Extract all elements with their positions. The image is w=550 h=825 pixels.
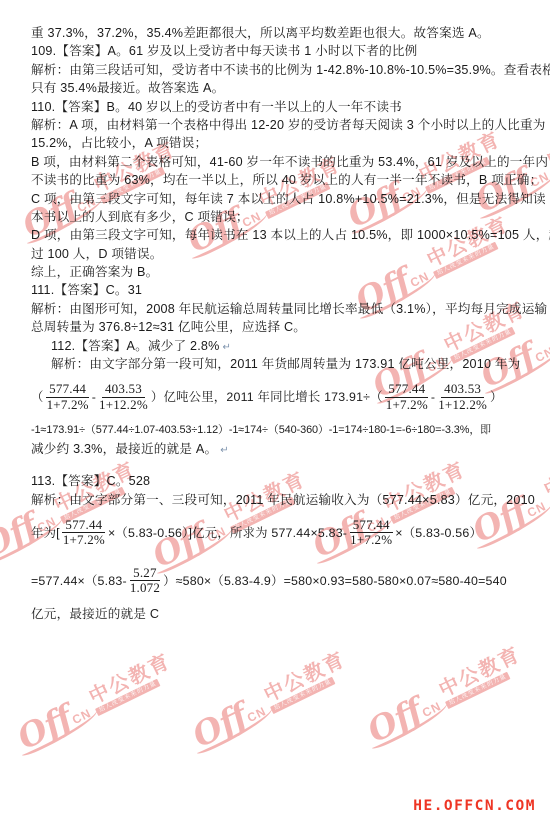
formula-line: =577.44×（5.83-5.271.072）≈580×（5.83-4.9）=… — [31, 557, 523, 605]
fraction: 577.441+7.2% — [349, 518, 393, 549]
text-line: 解析：由图形可知，2008 年民航运输总周转量同比增长率最低（3.1%），平均每… — [31, 300, 523, 318]
formula-text: 年为[ — [31, 524, 60, 542]
paragraph-return-mark: ↵ — [223, 342, 232, 353]
text-line: 不读书的比重为 63%，均在一半以上，所以 40 岁以上的人有一半一年不读书，B… — [31, 171, 523, 189]
text-line: 解析：由文字部分第一段可知，2011 年货邮周转量为 173.91 亿吨公里，2… — [31, 355, 523, 373]
offcn-watermark-brand: 中公教育给人改变未来的力量 — [261, 649, 353, 714]
text-line: -1≈173.91÷（577.44÷1.07-403.53÷1.12）-1≈17… — [31, 421, 523, 439]
fraction: 403.531+12.2% — [437, 382, 488, 413]
text-line: 15.2%，占比较小，A 项错误； — [31, 134, 523, 152]
text-line: 过 100 人，D 项错误。 — [31, 245, 523, 263]
formula-line: 年为[577.441+7.2%×（5.83-0.56）]亿元，所求为 577.4… — [31, 509, 523, 557]
offcn-watermark-brand: 中公教育给人改变未来的力量 — [541, 444, 550, 509]
text-line: 综上，正确答案为 B。 — [31, 263, 523, 281]
fraction: 577.441+7.2% — [385, 382, 429, 413]
offcn-watermark-cjk-text: 中公教育 — [261, 649, 349, 706]
offcn-watermark-off-text: Off — [15, 705, 76, 752]
text-line: 只有 35.4%最接近。故答案选 A。 — [31, 79, 523, 97]
offcn-watermark-cn-text: CN — [533, 344, 550, 365]
text-line: 亿元，最接近的就是 C — [31, 605, 523, 623]
formula-text: ×（5.83-0.56）]亿元，所求为 577.44×5.83- — [108, 524, 347, 542]
formula-text: - — [92, 388, 96, 406]
offcn-logo-watermark: OffCN中公教育给人改变未来的力量 — [177, 624, 358, 749]
offcn-watermark-cn-text: CN — [70, 706, 94, 727]
fraction: 403.531+12.2% — [98, 382, 149, 413]
offcn-watermark-brand: 中公教育给人改变未来的力量 — [86, 651, 178, 716]
offcn-watermark-cjk-text: 中公教育 — [86, 651, 174, 708]
fraction: 577.441+7.2% — [46, 382, 90, 413]
offcn-watermark-cjk-text: 中公教育 — [541, 444, 550, 501]
text-line: 112.【答案】A。减少了 2.8%↵ — [31, 337, 523, 355]
offcn-watermark-brand: 中公教育给人改变未来的力量 — [436, 644, 528, 709]
offcn-watermark-slogan: 给人改变未来的力量 — [445, 672, 511, 709]
text-line: 重 37.3%，37.2%，35.4%差距都很大，所以离平均数差距也很大。故答案… — [31, 24, 523, 42]
offcn-logo-watermark: OffCN中公教育给人改变未来的力量 — [352, 619, 533, 744]
offcn-watermark-off-text: Off — [365, 698, 426, 745]
offcn-watermark-slogan: 给人改变未来的力量 — [270, 677, 336, 714]
text-line: 113.【答案】C。528 — [31, 472, 523, 490]
fraction: 5.271.072 — [129, 566, 161, 597]
text-line: 解析：由文字部分第一、三段可知，2011 年民航运输收入为（577.44×5.8… — [31, 491, 523, 509]
paragraph-gap — [31, 458, 523, 472]
text-line: 解析：A 项，由材料第一个表格中得出 12-20 岁的受访者每天阅读 3 个小时… — [31, 116, 523, 134]
text-line: 109.【答案】A。61 岁及以上受访者中每天读书 1 小时以下者的比例 — [31, 42, 523, 60]
answer-explanations: 重 37.3%，37.2%，35.4%差距都很大，所以离平均数差距也很大。故答案… — [31, 24, 523, 623]
formula-text: ×（5.83-0.56） — [395, 524, 482, 542]
text-line: 总周转量为 376.8÷12≈31 亿吨公里，应选择 C。 — [31, 318, 523, 336]
offcn-site-url: HE.OFFCN.COM — [413, 798, 536, 814]
formula-text: - — [431, 388, 435, 406]
offcn-watermark-slogan: 给人改变未来的力量 — [95, 679, 161, 716]
text-line: 减少约 3.3%，最接近的就是 A。↵ — [31, 440, 523, 458]
text-line: 本书以上的人到底有多少，C 项错误； — [31, 208, 523, 226]
offcn-watermark-cn-text: CN — [245, 704, 269, 725]
formula-text: =577.44×（5.83- — [31, 572, 127, 590]
offcn-logo-watermark: OffCN中公教育给人改变未来的力量 — [2, 626, 183, 751]
formula-line: （577.441+7.2%-403.531+12.2%）亿吨公里，2011 年同… — [31, 373, 523, 421]
formula-text: ） — [490, 388, 503, 406]
fraction: 577.441+7.2% — [62, 518, 106, 549]
text-line: D 项，由第三段文字可知，每年读书在 13 本以上的人占 10.5%，即 100… — [31, 226, 523, 244]
formula-text: ）≈580×（5.83-4.9）=580×0.93=580-580×0.07≈5… — [163, 572, 507, 590]
paragraph-return-mark: ↵ — [220, 445, 229, 456]
formula-text: ）亿吨公里，2011 年同比增长 173.91÷（ — [151, 388, 383, 406]
text-line: 111.【答案】C。31 — [31, 281, 523, 299]
offcn-watermark-off-text: Off — [190, 703, 251, 750]
offcn-watermark-cjk-text: 中公教育 — [436, 644, 524, 701]
text-line: C 项，由第三段文字可知，每年读 7 本以上的人占 10.8%+10.5%=21… — [31, 190, 523, 208]
text-line: B 项，由材料第二个表格可知，41-60 岁一年不读书的比重为 53.4%，61… — [31, 153, 523, 171]
formula-text: （ — [31, 388, 44, 406]
offcn-watermark-cn-text: CN — [420, 699, 444, 720]
text-line: 解析：由第三段话可知，受访者中不读书的比例为 1-42.8%-10.8%-10.… — [31, 61, 523, 79]
text-line: 110.【答案】B。40 岁以上的受访者中有一半以上的人一年不读书 — [31, 98, 523, 116]
